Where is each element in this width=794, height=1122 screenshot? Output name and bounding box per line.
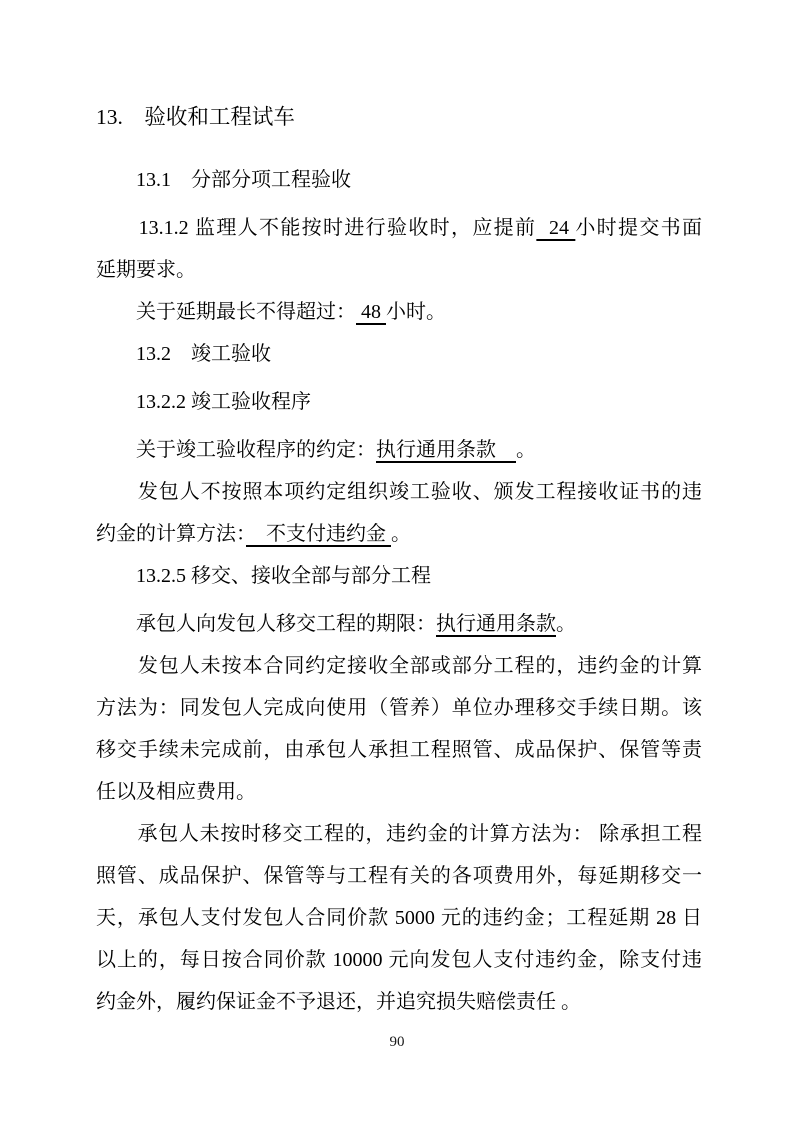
text-run: 任以及相应费用。 bbox=[96, 781, 256, 803]
text-run: 关于延期最长不得超过： bbox=[96, 301, 356, 323]
text-run: 小时提交书面 bbox=[575, 217, 702, 239]
text-run: 方法为：同发包人完成向使用（管养）单位办理移交手续日期。该 bbox=[96, 697, 702, 719]
text-run: 。 bbox=[391, 523, 411, 545]
text-line: 约金的计算方法： 不支付违约金 。 bbox=[96, 513, 702, 555]
text-run: 13.1.2 监理人不能按时进行验收时，应提前 bbox=[96, 217, 536, 239]
clause-employer-penalty: 发包人不按照本项约定组织竣工验收、颁发工程接收证书的违约金的计算方法： 不支付违… bbox=[96, 471, 702, 555]
text-line: 13.1.2 监理人不能按时进行验收时，应提前 24 小时提交书面 bbox=[96, 207, 702, 249]
text-line: 关于竣工验收程序的约定：执行通用条款 。 bbox=[96, 429, 702, 471]
text-line: 关于延期最长不得超过： 48 小时。 bbox=[96, 291, 702, 333]
clause-employer-receive-penalty: 发包人未按本合同约定接收全部或部分工程的，违约金的计算方法为：同发包人完成向使用… bbox=[96, 645, 702, 813]
text-run: 13.2.2 竣工验收程序 bbox=[96, 391, 311, 413]
clause-max-delay: 关于延期最长不得超过： 48 小时。 bbox=[96, 291, 702, 333]
text-line: 发包人未按本合同约定接收全部或部分工程的，违约金的计算 bbox=[96, 645, 702, 687]
text-run: 13.1 分部分项工程验收 bbox=[96, 169, 351, 191]
text-run: 小时。 bbox=[386, 301, 446, 323]
text-line: 发包人不按照本项约定组织竣工验收、颁发工程接收证书的违 bbox=[96, 471, 702, 513]
text-line: 照管、成品保护、保管等与工程有关的各项费用外，每延期移交一 bbox=[96, 855, 702, 897]
section-13-heading: 13. 验收和工程试车 bbox=[96, 96, 702, 138]
text-run: 承包人未按时移交工程的，违约金的计算方法为： 除承担工程 bbox=[96, 823, 702, 845]
clause-13-1-2: 13.1.2 监理人不能按时进行验收时，应提前 24 小时提交书面延期要求。 bbox=[96, 207, 702, 291]
clause-acceptance-procedure: 关于竣工验收程序的约定：执行通用条款 。 bbox=[96, 429, 702, 471]
document-body: 13. 验收和工程试车 13.1 分部分项工程验收 13.1.2 监理人不能按时… bbox=[96, 96, 702, 1023]
blank-handover-deadline: 执行通用条款 bbox=[436, 613, 556, 635]
text-run: 。 bbox=[516, 439, 536, 461]
text-line: 约金外，履约保证金不予退还，并追究损失赔偿责任 。 bbox=[96, 981, 702, 1023]
text-run: 。 bbox=[556, 613, 576, 635]
text-run: 以上的，每日按合同价款 10000 元向发包人支付违约金，除支付违 bbox=[96, 949, 702, 971]
text-run: 延期要求。 bbox=[96, 259, 196, 281]
blank-advance-notice-hours: 24 bbox=[536, 217, 575, 239]
text-line: 以上的，每日按合同价款 10000 元向发包人支付违约金，除支付违 bbox=[96, 939, 702, 981]
text-run: 13.2.5 移交、接收全部与部分工程 bbox=[96, 565, 431, 587]
text-run: 承包人向发包人移交工程的期限： bbox=[96, 613, 436, 635]
text-run: 发包人未按本合同约定接收全部或部分工程的，违约金的计算 bbox=[96, 655, 702, 677]
text-run: 照管、成品保护、保管等与工程有关的各项费用外，每延期移交一 bbox=[96, 865, 702, 887]
text-line: 13.1 分部分项工程验收 bbox=[96, 159, 702, 201]
blank-procedure-agreement: 执行通用条款 bbox=[376, 439, 516, 461]
document-page: 13. 验收和工程试车 13.1 分部分项工程验收 13.1.2 监理人不能按时… bbox=[0, 0, 794, 1122]
text-run: 移交手续未完成前，由承包人承担工程照管、成品保护、保管等责 bbox=[96, 739, 702, 761]
clause-13-2-5-heading: 13.2.5 移交、接收全部与部分工程 bbox=[96, 555, 702, 597]
text-line: 13.2 竣工验收 bbox=[96, 333, 702, 375]
text-line: 13. 验收和工程试车 bbox=[96, 96, 702, 138]
text-run: 约金外，履约保证金不予退还，并追究损失赔偿责任 。 bbox=[96, 991, 581, 1013]
text-line: 方法为：同发包人完成向使用（管养）单位办理移交手续日期。该 bbox=[96, 687, 702, 729]
clause-13-1-heading: 13.1 分部分项工程验收 bbox=[96, 159, 702, 201]
text-line: 承包人向发包人移交工程的期限：执行通用条款。 bbox=[96, 603, 702, 645]
text-run: 天，承包人支付发包人合同价款 5000 元的违约金；工程延期 28 日 bbox=[96, 907, 702, 929]
text-line: 承包人未按时移交工程的，违约金的计算方法为： 除承担工程 bbox=[96, 813, 702, 855]
page-number: 90 bbox=[0, 1032, 794, 1052]
text-line: 13.2.2 竣工验收程序 bbox=[96, 381, 702, 423]
clause-13-2-2-heading: 13.2.2 竣工验收程序 bbox=[96, 381, 702, 423]
blank-max-delay-hours: 48 bbox=[356, 301, 386, 323]
text-line: 13.2.5 移交、接收全部与部分工程 bbox=[96, 555, 702, 597]
clause-contractor-handover-penalty: 承包人未按时移交工程的，违约金的计算方法为： 除承担工程照管、成品保护、保管等与… bbox=[96, 813, 702, 1023]
text-run: 关于竣工验收程序的约定： bbox=[96, 439, 376, 461]
text-run: 13. 验收和工程试车 bbox=[96, 105, 295, 129]
text-run: 13.2 竣工验收 bbox=[96, 343, 271, 365]
text-line: 任以及相应费用。 bbox=[96, 771, 702, 813]
blank-employer-penalty-method: 不支付违约金 bbox=[246, 523, 391, 545]
text-line: 延期要求。 bbox=[96, 249, 702, 291]
text-run: 约金的计算方法： bbox=[96, 523, 246, 545]
text-line: 天，承包人支付发包人合同价款 5000 元的违约金；工程延期 28 日 bbox=[96, 897, 702, 939]
text-line: 移交手续未完成前，由承包人承担工程照管、成品保护、保管等责 bbox=[96, 729, 702, 771]
text-run: 发包人不按照本项约定组织竣工验收、颁发工程接收证书的违 bbox=[96, 481, 702, 503]
clause-handover-deadline: 承包人向发包人移交工程的期限：执行通用条款。 bbox=[96, 603, 702, 645]
clause-13-2-heading: 13.2 竣工验收 bbox=[96, 333, 702, 375]
